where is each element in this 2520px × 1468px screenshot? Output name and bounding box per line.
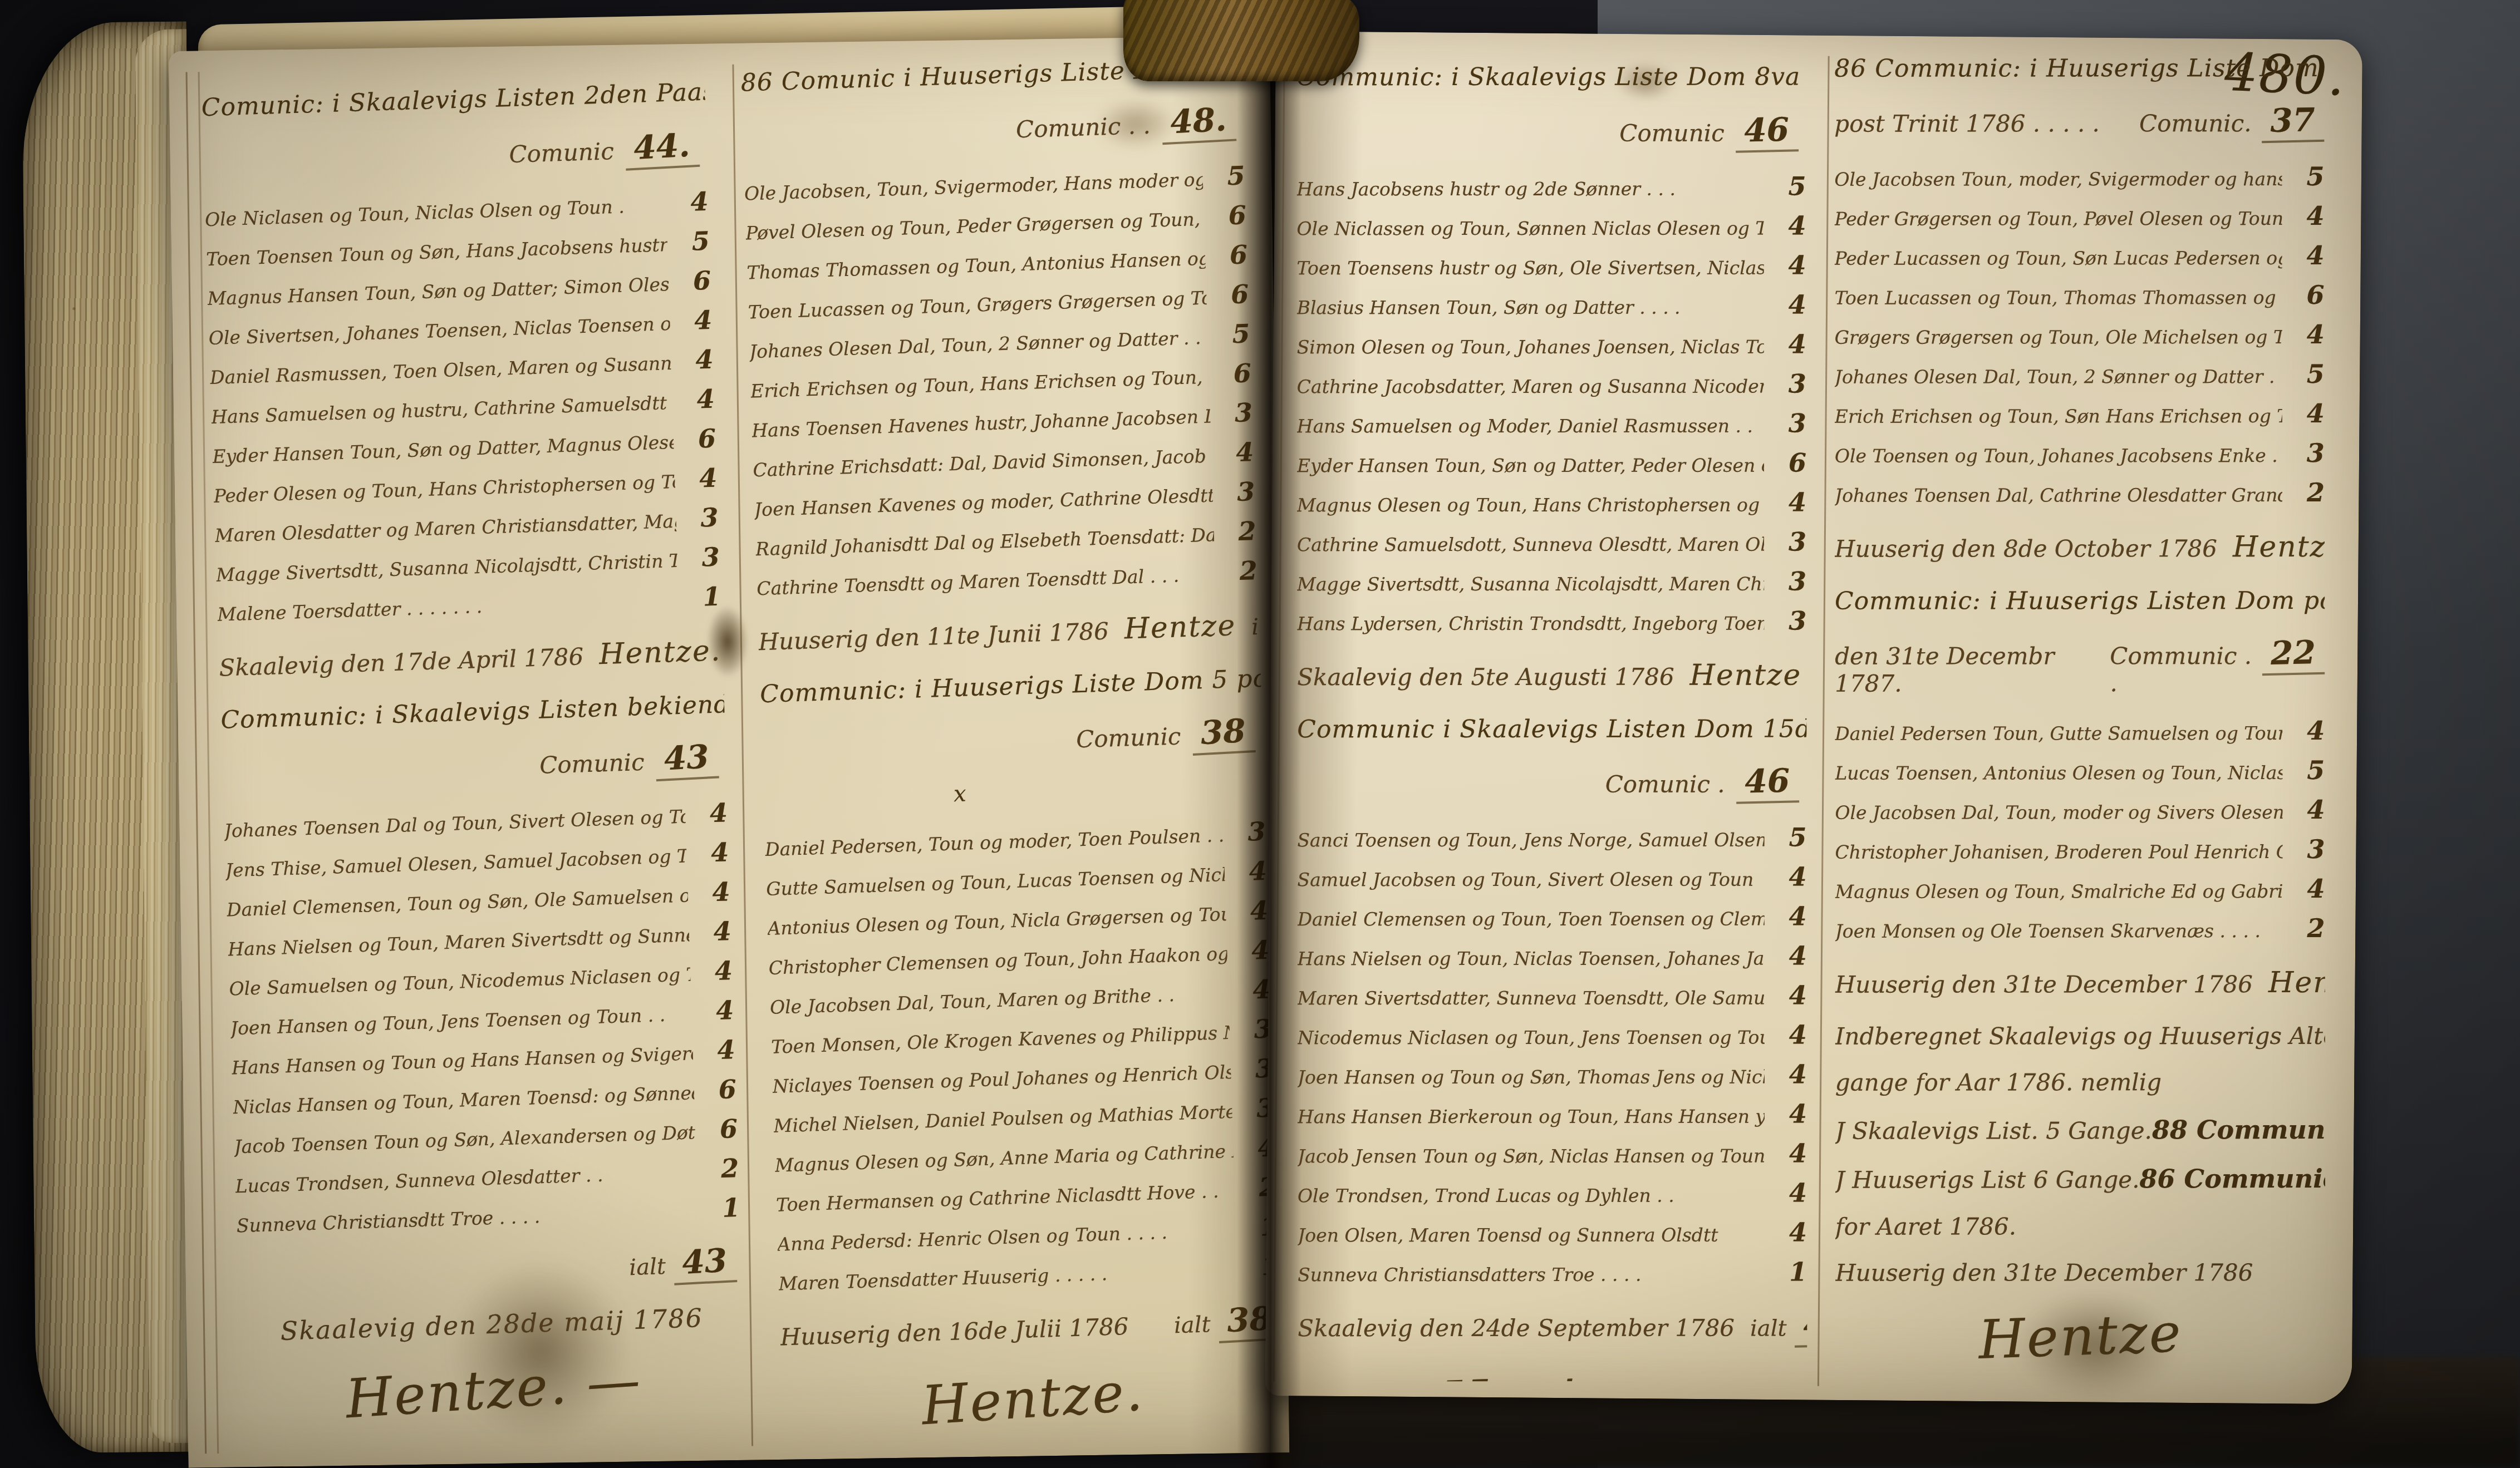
entry-row: Antonius Olesen og Toun, Nicla Grøgersen… [767,895,1269,941]
entry-count: 4 [2289,716,2325,746]
entry-count: 4 [2289,795,2325,825]
entry-count: 5 [1209,160,1246,191]
entry-count: 3 [1771,408,1806,439]
priest-signature: Hentze. [1297,1357,1807,1382]
entry-count: 4 [672,186,709,218]
entry-row: Ole Jacobsen, Toun, Svigermoder, Hans mo… [744,160,1245,206]
entry-row: Toen Toensens hustr og Søn, Ole Sivertse… [1297,250,1806,281]
entry-count: 4 [699,1035,736,1066]
entry-count: 4 [1235,974,1271,1006]
entry-names: Anna Pedersd: Henric Olsen og Toun . . .… [777,1220,1236,1255]
entry-row: Toen Toensen Toun og Søn, Hans Jacobsens… [205,226,710,272]
entry-names: Blasius Hansen Toun, Søn og Datter . . .… [1297,297,1764,319]
entry-names: Jacob Toensen Toun og Søn, Alexandersen … [234,1122,696,1157]
entry-count: 5 [674,226,710,257]
section-title: Communic: i Huuserigs Liste Dom 5 post T… [760,664,1261,708]
entry-names: Daniel Clemensen, Toun og Søn, Ole Samue… [227,885,689,921]
entry-count: 4 [1232,895,1269,927]
entry-names: Maren Toensdatter Huuserig . . . . . [778,1259,1237,1295]
section-title: Comunic: i Skaalevigs Listen 2den Paaske… [201,72,706,123]
entry-names: Samuel Jacobsen og Toun, Sivert Olesen o… [1298,869,1765,891]
count-value: 44. [624,126,700,171]
entry-names: Maren Sivertsdatter, Sunneva Toensdtt, O… [1298,988,1765,1009]
entry-names: Hans Samuelsen og hustru, Cathrine Samue… [211,392,673,428]
entry-names: Toen Toensen Toun og Søn, Hans Jacobsens… [206,234,668,270]
entry-count: 4 [1771,902,1807,932]
entry-count: 3 [1771,606,1806,636]
entry-names: Hans Nielsen og Toun, Niclas Toensen, Jo… [1298,948,1765,970]
entry-names: Joen Olsen, Maren Toensd og Sunnera Olsd… [1298,1225,1765,1247]
entry-count: 2 [1221,555,1258,587]
entry-row: Sunneva Christiansdatters Troe . . . .1 [1298,1257,1807,1288]
entry-row: Magnus Olesen og Toun, Smalriche Ed og G… [1835,874,2325,904]
communicant-count: Comunic46 [1296,111,1798,153]
entry-row: Niclas Hansen og Toun, Maren Toensd: og … [232,1074,736,1120]
entry-row: Maren Toensdatter Huuserig . . . . .1 [778,1250,1280,1296]
section-footer: Skaalevig den 5te Augusti 1786Hentzeialt… [1297,655,1806,697]
binding-leather-remnant [1123,0,1359,81]
entry-row: Thomas Thomassen og Toun, Antonius Hanse… [746,239,1248,285]
entry-count: 6 [1212,279,1249,310]
entry-names: Ragnild Johanisdtt Dal og Elsebeth Toens… [755,524,1215,560]
entry-names: Lucas Trondsen, Sunneva Olesdatter . . [235,1161,697,1197]
section-title-text: Communic: i Huuserigs Listen Dom post Na… [1835,587,2325,615]
section-title-text: Communic: i Skaalevigs Liste Dom 8va pos… [1296,62,1807,91]
left-page-column-2: 86 Comunic i Huuserigs Liste Fest Trinit… [740,53,1284,1442]
entry-names: Toen Monsen, Ole Krogen Kavenes og Phili… [771,1022,1230,1058]
communicant-count: Comunic44. [203,126,700,183]
total-value: 43 [672,1241,737,1285]
entry-row: Ragnild Johanisdtt Dal og Elsebeth Toens… [755,516,1256,561]
entry-names: Johanes Toensen Dal og Toun, Sivert Oles… [224,806,686,842]
entry-row: Hans Hansen og Toun og Hans Hansen og Sv… [231,1035,735,1080]
entry-names: Toen Lucassen og Toun, Thomas Thomassen … [1835,287,2282,309]
entry-count: 4 [1233,935,1270,966]
entry-row: Anna Pedersd: Henric Olsen og Toun . . .… [777,1211,1278,1257]
priest-signature: Hentze [1690,659,1802,692]
entry-list: Sanci Toensen og Toun, Jens Norge, Samue… [1297,822,1807,1288]
section-total: ialt43 [628,1242,736,1286]
summary-note: Huuserig den 31te December 1786 [1835,1259,2325,1287]
entry-row: Eyder Hansen Toun, Søn og Datter, Magnus… [212,423,716,469]
section-title: Communic: i Skaalevigs Liste Dom 8va pos… [1296,57,1806,93]
summary-left: J Skaalevigs List. 5 Gange. [1835,1117,2152,1144]
communicant-count: Comunic38 [761,712,1255,769]
entry-row: Joen Hansen og Toun og Søn, Thomas Jens … [1298,1060,1807,1090]
entry-count: 6 [1215,358,1252,389]
entry-row: Pøvel Olesen og Toun, Peder Grøgersen og… [745,200,1246,245]
entry-count: 4 [677,344,714,376]
entry-row: Christopher Clemensen og Toun, John Haak… [768,935,1270,981]
count-group: Comunic.37 [2139,101,2324,142]
section-footer: Skaalevig den 17de April 1786Hentze.ialt… [218,630,723,687]
entry-row: Daniel Rasmussen, Toen Olsen, Maren og S… [209,344,714,390]
summary-line: J Huuserigs List 6 Gange.86 Communicante… [1835,1164,2325,1194]
entry-names: Cathrine Erichsdatt: Dal, David Simonsen… [753,445,1212,481]
summary-note: gange for Aar 1786. nemlig [1835,1068,2325,1096]
section-footer: Huuserig den 8de October 1786Hentze.ialt… [1835,526,2325,568]
entry-row: Sanci Toensen og Toun, Jens Norge, Samue… [1297,822,1806,853]
entry-names: Ole Sivertsen, Johanes Toensen, Niclas T… [208,313,670,349]
entry-row: Magnus Hansen Toun, Søn og Datter; Simon… [207,265,711,311]
entry-names: Lucas Toensen, Antonius Olesen og Toun, … [1835,762,2282,784]
entry-row: Jacob Jensen Toun og Søn, Niclas Hansen … [1298,1139,1807,1169]
entry-row: Johanes Olesen Dal, Toun, 2 Sønner og Da… [749,318,1250,364]
priest-signature: Hentze. [2268,966,2325,999]
entry-names: Toen Lucassen og Toun, Grøgers Grøgersen… [748,288,1207,323]
priest-signature: Hentze. [2233,530,2325,564]
entry-row: Magnus Olesen og Søn, Anne Maria og Cath… [774,1132,1276,1178]
entry-row: Ole Sivertsen, Johanes Toensen, Niclas T… [208,305,713,351]
entry-row: Cathrine Erichsdatt: Dal, David Simonsen… [753,437,1254,482]
section-footer: Huuserig den 16de Julii 1786ialt38 [779,1299,1281,1356]
entry-row: Magge Sivertsdtt, Susanna Nicolajsdtt, C… [215,541,720,587]
entry-names: Cathrine Samuelsdott, Sunneva Olesdtt, M… [1297,534,1764,556]
entry-names: Daniel Clemensen og Toun, Toen Toensen o… [1298,909,1765,930]
entry-row: Erich Erichsen og Toun, Søn Hans Erichse… [1835,398,2325,429]
entry-row: Daniel Clemensen og Toun, Toen Toensen o… [1298,902,1807,932]
count-value: 37 [2261,101,2325,143]
entry-count: 2 [2289,477,2325,508]
entry-count: 4 [676,305,713,336]
entry-row: Niclayes Toensen og Poul Johanes og Henr… [772,1053,1274,1099]
entry-names: Joen Hansen Kavenes og moder, Cathrine O… [754,485,1213,520]
entry-row: Hans Samuelsen og hustru, Cathrine Samue… [210,384,715,430]
entry-names: Gutte Samuelsen og Toun, Lucas Toensen o… [766,864,1225,900]
entry-row: Hans Jacobsens hustr og 2de Sønner . . .… [1296,171,1806,202]
entry-names: Ole Trondsen, Trond Lucas og Dyhlen . . [1298,1185,1765,1207]
entry-row: Daniel Clemensen, Toun og Søn, Ole Samue… [226,876,730,922]
section-footer: Huuserig den 31te December 1786Hentze.ia… [1835,962,2325,1004]
entry-row: Hans Samuelsen og Moder, Daniel Rasmusse… [1297,408,1806,439]
entry-names: Sunneva Christiansdatters Troe . . . . [1298,1264,1765,1286]
entry-list: Ole Niclasen og Toun, Niclas Olsen og To… [204,186,721,627]
entry-names: Johanes Olesen Dal, Toun, 2 Sønner og Da… [1835,366,2282,388]
entry-row: Peder Lucassen og Toun, Søn Lucas Peders… [1835,240,2325,271]
count-label: Comunic [1075,722,1181,753]
entry-row: Erich Erichsen og Toun, Hans Erichsen og… [750,358,1251,403]
entry-row: Christopher Johanisen, Broderen Poul Hen… [1835,834,2325,865]
count-label: Comunic [539,748,645,779]
entry-names: Grøgers Grøgersen og Toun, Ole Michelsen… [1835,327,2282,348]
entry-names: Johanes Olesen Dal, Toun, 2 Sønner og Da… [749,327,1208,363]
entry-count: 4 [2289,398,2325,428]
entry-row: Cathrine Toensdtt og Maren Toensdtt Dal … [756,555,1257,601]
entry-list: Daniel Pedersen, Toun og moder, Toen Pou… [764,816,1280,1297]
entry-row: Blasius Hansen Toun, Søn og Datter . . .… [1297,290,1806,321]
count-value: 48. [1161,100,1237,145]
entry-row: Gutte Samuelsen og Toun, Lucas Toensen o… [765,856,1267,902]
entry-count: 4 [1771,862,1807,892]
entry-row: Ole Toensen og Toun, Johanes Jacobsens E… [1835,438,2325,469]
priest-signature: Hentze. — [240,1342,747,1437]
entry-count: 5 [2289,359,2325,389]
entry-count: 4 [691,797,728,829]
entry-names: Cathrine Toensdtt og Maren Toensdtt Dal … [757,564,1216,599]
section-title: Communic: i Skaalevigs Listen bekiendgio… [220,690,725,734]
entry-row: Jacob Toensen Toun og Søn, Alexandersen … [234,1114,738,1159]
right-page-column-divider [1817,56,1830,1387]
entry-names: Christopher Johanisen, Broderen Poul Hen… [1835,841,2282,863]
parish-register-photo: Comunic: i Skaalevigs Listen 2den Paaske… [0,0,2520,1468]
entry-row: Hans Nielsen og Toun, Niclas Toensen, Jo… [1298,941,1807,972]
entry-names: Ole Jacobsen Toun, moder, Svigermoder og… [1834,169,2282,190]
entry-row: Toen Lucassen og Toun, Grøgers Grøgersen… [748,279,1249,324]
entry-row: Cathrine Samuelsdott, Sunneva Olesdtt, M… [1297,527,1806,558]
entry-names: Eyder Hansen Toun, Søn og Datter, Peder … [1297,455,1764,477]
entry-count: 4 [1771,211,1806,241]
footer-place-date: Huuserig den 31te December 1786 [1835,971,2253,998]
entry-count: 4 [1231,856,1268,887]
entry-count: 4 [681,463,718,494]
section-title-text: Communic: i Huuserigs Liste Dom 5 post T… [760,658,1285,708]
section-total: ialt46 [1750,1306,1807,1347]
summary-line: Sognepræst. [1835,1386,2325,1390]
entry-row: Hans Lydersen, Christin Trondsdtt, Ingeb… [1297,606,1806,637]
entry-names: Toen Toensens hustr og Søn, Ole Sivertse… [1297,258,1764,279]
entry-row: Ole Trondsen, Trond Lucas og Dyhlen . .4 [1298,1178,1807,1209]
count-label: Comunic . . [1015,112,1151,144]
entry-count: 5 [1770,171,1806,201]
priest-signature: Hentze [1835,1297,2326,1376]
section-title: Communic i Skaalevigs Listen Dom 15de po… [1297,715,1806,744]
entry-count: 1 [1771,1257,1807,1287]
place-date-line: Skaalevig den 28de maij 1786 [239,1302,744,1347]
entry-count: 3 [2289,834,2325,864]
entry-row: Johanes Toensen Dal, Cathrine Olesdatter… [1835,477,2325,508]
summary-note: Indberegnet Skaalevigs og Huuserigs Alte… [1835,1022,2325,1050]
count-label: Comunic [1619,120,1724,147]
entry-count: 3 [1230,816,1266,848]
total-value: 46 [1794,1305,1807,1347]
entry-count: 5 [1771,822,1806,853]
entry-names: Peder Olesen og Toun, Hans Christopherse… [213,471,675,507]
count-value: 46 [1736,761,1799,804]
entry-names: Niclas Hansen og Toun, Maren Toensd: og … [233,1082,695,1118]
entry-names: Joen Hansen og Toun og Søn, Thomas Jens … [1298,1067,1765,1088]
entry-names: Daniel Pedersen Toun, Gutte Samuelsen og… [1835,723,2282,745]
section-title: 86 Communic: i Huuserigs Liste Dom 17ma [1834,54,2324,83]
entry-row: Ole Niclasen og Toun, Niclas Olsen og To… [204,186,709,232]
entry-count: 2 [703,1153,739,1184]
footer-place-date: Skaalevig den 5te Augusti 1786 [1297,663,1674,691]
entry-names: Christopher Clemensen og Toun, John Haak… [768,943,1227,979]
right-page-edge-rule [1273,52,1285,1382]
count-group: Communic . .22 [2110,634,2325,697]
entry-names: Hans Jacobsens hustr og 2de Sønner . . . [1296,179,1763,200]
entry-names: Erich Erichsen og Toun, Hans Erichsen og… [750,367,1210,402]
entry-row: Toen Monsen, Ole Krogen Kavenes og Phili… [770,1014,1272,1060]
entry-names: Ole Samuelsen og Toun, Nicodemus Niclase… [229,964,691,999]
entry-row: Magge Sivertsdtt, Susanna Nicolajsdtt, M… [1297,566,1806,597]
entry-count: 3 [1216,397,1253,428]
entry-names: Malene Toersdatter . . . . . . . [217,590,679,625]
entry-count: 3 [1771,566,1806,597]
entry-count: 4 [2289,240,2325,270]
entry-count: 4 [695,916,732,947]
entry-count: 3 [684,541,720,573]
entry-row: Ole Jacobsen Dal, Toun, Maren og Brithe … [769,974,1271,1020]
section-title-text: Communic i Skaalevigs Listen Dom 15de po… [1297,715,1807,743]
entry-names: Cathrine Jacobsdatter, Maren og Susanna … [1297,376,1764,398]
summary-right: Sognepræst. [2146,1386,2325,1390]
entry-names: Simon Olesen og Toun, Johanes Joensen, N… [1297,337,1764,358]
entry-row: Hans Hansen Bierkeroun og Toun, Hans Han… [1298,1099,1807,1130]
entry-row: Malene Toersdatter . . . . . . .1 [217,581,721,627]
priest-signature: Hentze. [598,634,721,671]
entry-names: Eyder Hansen Toun, Søn og Datter, Magnus… [212,432,674,467]
left-margin-rule [186,72,207,1454]
entry-count: 4 [2290,874,2325,904]
entry-row: Lucas Trondsen, Sunneva Olesdatter . .2 [235,1153,739,1199]
entry-count: 6 [1211,239,1248,270]
section-title: Communic: i Huuserigs Listen Dom post Na… [1835,587,2325,615]
entry-names: Hans Lydersen, Christin Trondsdtt, Ingeb… [1297,613,1764,635]
entry-count: 2 [1220,516,1257,547]
entry-row: Jens Thise, Samuel Olesen, Samuel Jacobs… [225,837,729,883]
entry-count: 4 [697,995,734,1026]
entry-list: Hans Jacobsens hustr og 2de Sønner . . .… [1296,171,1806,637]
communicant-count-line: den 31te Decembr 1787.Communic . .22 [1835,634,2325,697]
entry-count: 3 [1771,369,1806,399]
entry-names: Peder Lucassen og Toun, Søn Lucas Peders… [1835,248,2282,269]
count-prefix: post Trinit 1786 . . . . . [1834,110,2100,137]
entry-count: 5 [2289,755,2325,785]
summary-note: for Aaret 1786. [1835,1213,2325,1240]
entry-row: Cathrine Jacobsdatter, Maren og Susanna … [1297,369,1806,400]
footer-place-date: Skaalevig den 24de September 1786 [1298,1314,1735,1342]
entry-count: 4 [2288,201,2324,231]
entry-names: Ole Jacobsen Dal, Toun, moder og Sivers … [1835,802,2282,824]
footer-place-date: Huuserig den 11te Junii 1786 [758,617,1109,656]
entry-names: Magnus Olesen og Søn, Anne Maria og Cath… [774,1141,1234,1176]
entry-count: 4 [1771,981,1807,1011]
entry-count: 4 [1771,250,1806,280]
entry-names: Hans Hansen Bierkeroun og Toun, Hans Han… [1298,1106,1765,1128]
entry-list: Ole Jacobsen, Toun, Svigermoder, Hans mo… [744,160,1258,601]
entry-row: Joen Hansen og Toun, Jens Toensen og Tou… [230,995,734,1041]
entry-count: 3 [1771,527,1806,557]
entry-row: Toen Lucassen og Toun, Thomas Thomassen … [1835,280,2325,311]
entry-row: Simon Olesen og Toun, Johanes Joensen, N… [1297,329,1806,360]
footer-place-date: Skaalevig den 17de April 1786 [219,643,584,682]
left-page: Comunic: i Skaalevigs Listen 2den Paaske… [169,36,1289,1467]
summary-right: 88 Communicantere [2152,1115,2325,1145]
entry-names: Hans Toensen Havenes hustr, Johanne Jaco… [751,406,1211,442]
entry-row: Maren Sivertsdatter, Sunneva Toensdtt, O… [1298,981,1807,1011]
entry-names: Magge Sivertsdtt, Susanna Nicolajsdtt, M… [1297,574,1764,595]
entry-count: 4 [1217,437,1254,468]
entry-count: 4 [1771,1139,1807,1169]
count-value: 43 [654,737,719,782]
summary-line: J Skaalevigs List. 5 Gange.88 Communican… [1835,1115,2325,1145]
entry-names: Jens Thise, Samuel Olesen, Samuel Jacobs… [225,846,687,881]
entry-names: Sunneva Christiansdtt Troe . . . . [236,1201,698,1237]
entry-names: Magnus Olesen og Toun, Smalriche Ed og G… [1835,881,2283,903]
entry-names: Ole Jacobsen, Toun, Svigermoder, Hans mo… [744,169,1203,205]
entry-count: 6 [1210,200,1247,231]
communicant-count: Comunic . .48. [742,101,1236,157]
entry-names: Peder Grøgersen og Toun, Pøvel Olesen og… [1834,208,2282,230]
count-label: Comunic. [2139,110,2252,137]
right-page: 480. Communic: i Skaalevigs Liste Dom 8v… [1265,31,2362,1404]
entry-row: Magnus Olesen og Toun, Hans Christophers… [1297,487,1806,518]
entry-names: Daniel Pedersen, Toun og moder, Toen Pou… [765,825,1224,860]
section-footer: Skaalevig den 24de September 1786ialt46 [1298,1306,1807,1348]
right-page-column-1: Communic: i Skaalevigs Liste Dom 8va pos… [1296,57,1807,1382]
entry-count: 4 [693,837,730,868]
entry-count: 6 [2289,280,2325,310]
entry-row: Michel Nielsen, Daniel Poulsen og Mathia… [773,1093,1275,1139]
entry-names: Ole Jacobsen Dal, Toun, Maren og Brithe … [769,983,1229,1018]
entry-count: 6 [700,1074,737,1105]
count-label: Comunic . [1605,771,1725,798]
entry-row: Ole Niclassen og Toun, Sønnen Niclas Ole… [1297,211,1806,242]
count-value: 22 [2262,633,2325,676]
entry-count: 6 [1771,448,1806,478]
section-footer: Huuserig den 11te Junii 1786Hentzeialt48 [758,604,1260,661]
entry-count: 1 [685,581,721,612]
entry-row: Ole Jacobsen Toun, moder, Svigermoder og… [1834,161,2324,192]
entry-count: 4 [679,384,715,415]
entry-names: Toen Hermansen og Cathrine Niclasdtt Hov… [776,1180,1235,1216]
entry-names: Magge Sivertsdtt, Susanna Nicolajsdtt, C… [216,550,678,586]
total-label: ialt [1750,1316,1787,1342]
entry-names: Magnus Olesen og Toun, Hans Christophers… [1297,495,1764,516]
entry-row: Joen Hansen Kavenes og moder, Cathrine O… [754,476,1255,522]
entry-count: 4 [696,955,733,987]
entry-row: Ole Jacobsen Dal, Toun, moder og Sivers … [1835,795,2325,825]
entry-count: 4 [1771,1060,1807,1090]
entry-row: Lucas Toensen, Antonius Olesen og Toun, … [1835,755,2325,786]
section-title-text: Communic: i Skaalevigs Listen bekiendgio… [220,680,747,735]
entry-names: Ole Niclassen og Toun, Sønnen Niclas Ole… [1297,218,1764,240]
entry-count: 6 [675,265,711,297]
entry-count: 3 [1236,1014,1273,1045]
entry-names: Niclayes Toensen og Poul Johanes og Henr… [772,1062,1231,1097]
entry-names: Joen Hansen og Toun, Jens Toensen og Tou… [230,1003,692,1039]
entry-list: Daniel Pedersen Toun, Gutte Samuelsen og… [1835,716,2325,944]
count-label: Communic . . [2110,642,2252,697]
ink-mark: x [763,772,1265,813]
entry-count: 4 [1771,1099,1807,1129]
entry-row: Daniel Pedersen, Toun og moder, Toen Pou… [764,816,1266,862]
footer-place-date: Huuserig den 8de October 1786 [1835,535,2217,563]
total-label: ialt [629,1254,666,1280]
communicant-count: Comunic .46 [1297,762,1799,804]
entry-names: Ole Niclasen og Toun, Niclas Olsen og To… [205,195,667,230]
entry-row: Sunneva Christiansdtt Troe . . . .1 [236,1193,740,1238]
entry-names: Daniel Rasmussen, Toen Olsen, Maren og S… [209,353,671,388]
total-label: ialt [1173,1312,1211,1338]
entry-row: Johanes Toensen Dal og Toun, Sivert Oles… [224,797,728,843]
entry-names: Nicodemus Niclasen og Toun, Jens Toensen… [1298,1027,1765,1049]
entry-row: Joen Olsen, Maren Toensd og Sunnera Olsd… [1298,1218,1807,1248]
entry-row: Ole Samuelsen og Toun, Nicodemus Niclase… [229,955,733,1001]
entry-names: Michel Nielsen, Daniel Poulsen og Mathia… [773,1101,1232,1137]
section-total-line: ialt43 [238,1242,737,1298]
entry-count: 4 [1771,1218,1807,1248]
entry-count: 1 [704,1193,741,1224]
entry-row: Hans Nielsen og Toun, Maren Sivertsdtt o… [227,916,731,962]
right-page-column-2: 86 Communic: i Huuserigs Liste Dom 17map… [1834,54,2325,1390]
priest-signature: Hentze [1124,609,1236,646]
count-value: 38 [1191,711,1255,756]
count-value: 46 [1735,110,1799,152]
entry-names: Hans Hansen og Toun og Hans Hansen og Sv… [231,1043,693,1078]
entry-names: Hans Nielsen og Toun, Maren Sivertsdtt o… [228,924,690,960]
entry-names: Erich Erichsen og Toun, Søn Hans Erichse… [1835,406,2282,427]
